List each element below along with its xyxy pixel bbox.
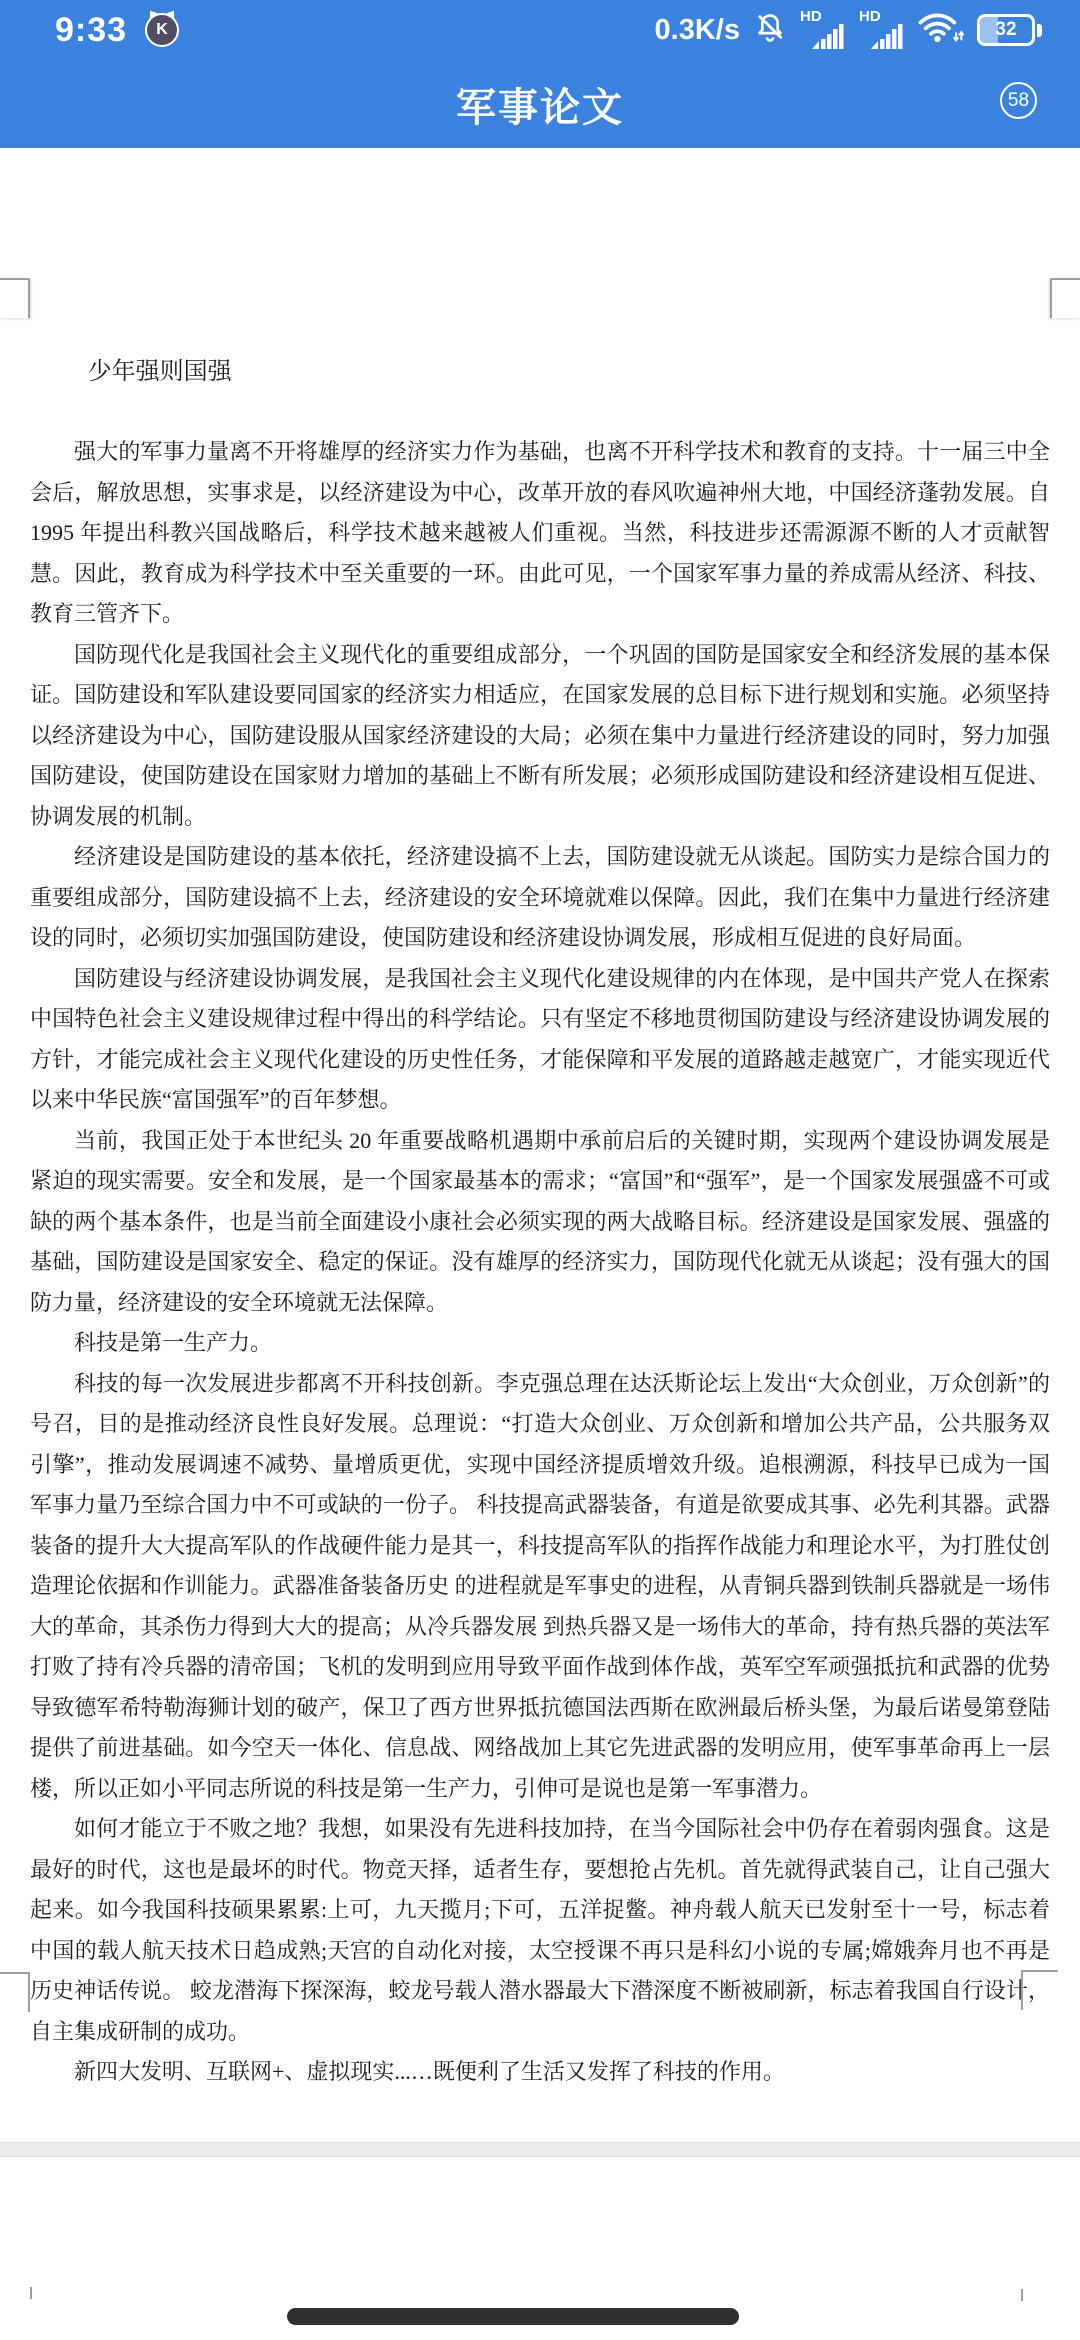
doc-paragraph: 强大的军事力量离不开将雄厚的经济实力作为基础，也离不开科学技术和教育的支持。十一…	[30, 432, 1050, 635]
margin-corner-mark-next-page-right	[1021, 2289, 1023, 2301]
doc-paragraph: 当前，我国正处于本世纪头 20 年重要战略机遇期中承前启后的关键时期，实现两个建…	[30, 1121, 1050, 1324]
screen: 9:33 K 0.3K/s HD	[0, 0, 1080, 2340]
margin-corner-mark-top-right	[1050, 278, 1080, 318]
app-bar: 军事论文 58	[0, 60, 1080, 148]
document-body: 少年强则国强 强大的军事力量离不开将雄厚的经济实力作为基础，也离不开科学技术和教…	[0, 148, 1080, 2093]
margin-corner-mark-next-page-left	[30, 2287, 32, 2299]
page-title: 军事论文	[456, 76, 624, 133]
document-title: 少年强则国强	[30, 352, 1050, 392]
margin-corner-mark-top-left	[0, 278, 30, 318]
doc-paragraph: 如何才能立于不败之地？我想，如果没有先进科技加持，在当今国际社会中仍存在着弱肉强…	[30, 1809, 1050, 2052]
gesture-nav-bar[interactable]	[287, 2308, 739, 2325]
battery-body: 32	[977, 14, 1035, 46]
page-count-badge[interactable]: 58	[1000, 82, 1037, 119]
doc-paragraph: 经济建设是国防建设的基本依托，经济建设搞不上去，国防建设就无从谈起。国防实力是综…	[30, 837, 1050, 959]
margin-corner-mark-bottom-left	[0, 1972, 30, 2012]
wifi-icon	[918, 10, 964, 51]
sim2-hd-label: HD	[859, 9, 881, 24]
battery-percent: 32	[980, 17, 1032, 43]
doc-paragraph: 新四大发明、互联网+、虚拟现实...…既便利了生活又发挥了科技的作用。	[30, 2052, 1050, 2093]
status-bar-left: 9:33 K	[55, 11, 179, 50]
clock: 9:33	[55, 11, 127, 50]
network-speed: 0.3K/s	[655, 14, 740, 47]
battery-nub	[1037, 24, 1042, 37]
doc-paragraph: 国防现代化是我国社会主义现代化的重要组成部分，一个巩固的国防是国家安全和经济发展…	[30, 635, 1050, 838]
battery-icon: 32	[977, 14, 1042, 46]
document-scroll-area[interactable]: 少年强则国强 强大的军事力量离不开将雄厚的经济实力作为基础，也离不开科学技术和教…	[0, 148, 1080, 2340]
notification-app-letter: K	[156, 21, 168, 39]
mute-bell-icon	[753, 11, 787, 50]
document-page-1: 少年强则国强 强大的军事力量离不开将雄厚的经济实力作为基础，也离不开科学技术和教…	[0, 148, 1080, 2143]
notification-app-icon: K	[145, 13, 179, 47]
doc-paragraph: 科技是第一生产力。	[30, 1323, 1050, 1364]
sim2-signal-icon: HD	[859, 9, 905, 51]
doc-paragraph: 科技的每一次发展进步都离不开科技创新。李克强总理在达沃斯论坛上发出“大众创业，万…	[30, 1364, 1050, 1810]
status-bar-right: 0.3K/s HD HD	[655, 9, 1042, 51]
sim1-signal-icon: HD	[800, 9, 846, 51]
sim1-hd-label: HD	[800, 9, 822, 24]
margin-corner-mark-bottom-right	[1021, 1970, 1058, 2010]
doc-paragraph: 国防建设与经济建设协调发展，是我国社会主义现代化建设规律的内在体现，是中国共产党…	[30, 959, 1050, 1121]
status-bar: 9:33 K 0.3K/s HD	[0, 0, 1080, 60]
